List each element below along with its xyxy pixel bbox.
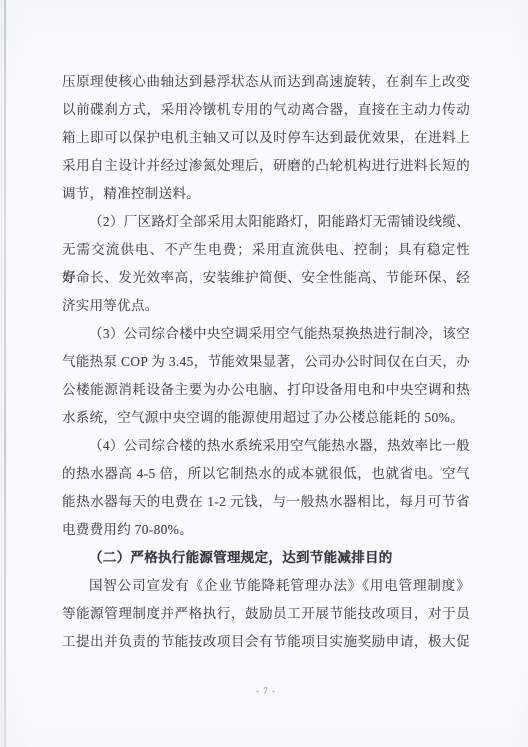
paragraph: （3）公司综合楼中央空调采用空气能热泵换热进行制冷，该空 气能热泵 COP 为 …: [62, 320, 470, 432]
text-line: （4）公司综合楼的热水系统采用空气能热水器，热效率比一般: [62, 432, 470, 460]
text-line: 无需交流供电、不产生电费；采用直流供电、控制；具有稳定性好、: [62, 236, 470, 264]
text-line: 济实用等优点。: [62, 292, 470, 320]
text-line: 等能源管理制度并严格执行，鼓励员工开展节能技改项目，对于员: [62, 600, 470, 628]
text-line: 能热水器每天的电费在 1-2 元钱，与一般热水器相比，每月可节省: [62, 488, 470, 516]
text-line: 调节，精准控制送料。: [62, 180, 470, 208]
paragraph: 压原理使核心曲轴达到悬浮状态从而达到高速旋转，在刹车上改变 以前碟刹方式，采用冷…: [62, 68, 470, 208]
paragraph: 国智公司宣发有《企业节能降耗管理办法》《用电管理制度》 等能源管理制度并严格执行…: [62, 572, 470, 656]
paragraph: （4）公司综合楼的热水系统采用空气能热水器，热效率比一般 的热水器高 4-5 倍…: [62, 432, 470, 544]
page-number: - 7 -: [62, 684, 470, 698]
text-line: 工提出并负责的节能技改项目会有节能项目实施奖励申请，极大促: [62, 628, 470, 656]
scan-edge-line-outer: [1, 0, 2, 747]
section: （二）严格执行能源管理规定，达到节能减排目的: [62, 544, 470, 572]
text-line: 压原理使核心曲轴达到悬浮状态从而达到高速旋转，在刹车上改变: [62, 68, 470, 96]
text-line: 电费费用约 70-80%。: [62, 516, 470, 544]
text-line: 以前碟刹方式，采用冷镦机专用的气动离合器，直接在主动力传动: [62, 96, 470, 124]
paragraph: （2）厂区路灯全部采用太阳能路灯，阳能路灯无需铺设线缆、 无需交流供电、不产生电…: [62, 208, 470, 320]
text-line: 的热水器高 4-5 倍，所以它制热水的成本就很低，也就省电。空气: [62, 460, 470, 488]
text-line: 采用自主设计并经过渗氮处理后，研磨的凸轮机构进行进料长短的: [62, 152, 470, 180]
text-line: 公楼能源消耗设备主要为办公电脑、打印设备用电和中央空调和热: [62, 376, 470, 404]
text-line: 箱上即可以保护电机主轴又可以及时停车达到最优效果，在进料上: [62, 124, 470, 152]
document-page-body: 压原理使核心曲轴达到悬浮状态从而达到高速旋转，在刹车上改变 以前碟刹方式，采用冷…: [62, 68, 470, 656]
text-line: 气能热泵 COP 为 3.45，节能效果显著，公司办公时间仅在白天，办: [62, 348, 470, 376]
section-heading: （二）严格执行能源管理规定，达到节能减排目的: [62, 544, 470, 572]
scan-edge-line-inner: [4, 0, 6, 747]
text-line: （3）公司综合楼中央空调采用空气能热泵换热进行制冷，该空: [62, 320, 470, 348]
text-line: （2）厂区路灯全部采用太阳能路灯，阳能路灯无需铺设线缆、: [62, 208, 470, 236]
text-line: 寿命长、发光效率高，安装维护简便、安全性能高、节能环保、经: [62, 264, 470, 292]
text-line: 国智公司宣发有《企业节能降耗管理办法》《用电管理制度》: [62, 572, 470, 600]
text-line: 水系统，空气源中央空调的能源使用超过了办公楼总能耗的 50%。: [62, 404, 470, 432]
